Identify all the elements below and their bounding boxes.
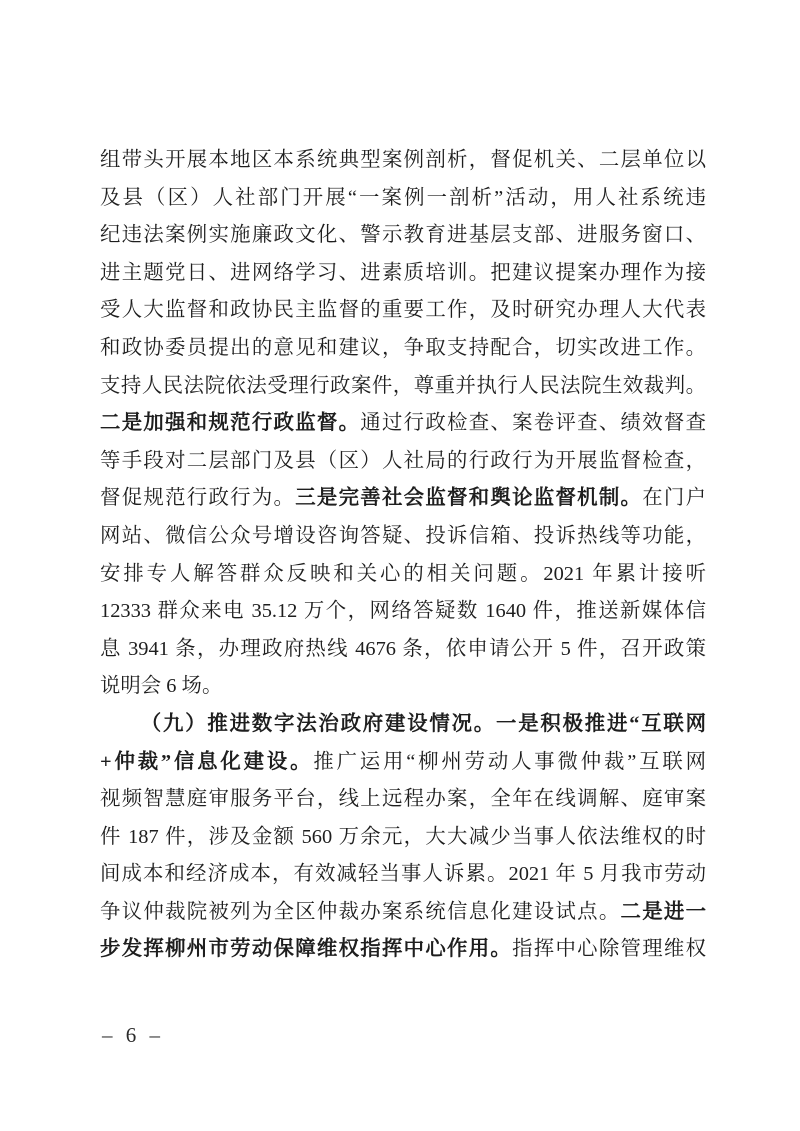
text-line: 二是加强和规范行政监督。通过行政检查、案卷评查、绩效督查	[100, 405, 706, 443]
text-line: 进主题党日、进网络学习、进素质培训。把建议提案办理作为接	[100, 255, 706, 293]
text-line: 及县（区）人社部门开展“一案例一剖析”活动，用人社系统违	[100, 180, 706, 218]
text-line: 和政协委员提出的意见和建议，争取支持配合，切实改进工作。	[100, 330, 706, 368]
text-line: 争议仲裁院被列为全区仲裁办案系统信息化建设试点。二是进一	[100, 894, 706, 932]
text-run: 受人大监督和政协民主监督的重要工作，及时研究办理人大代表	[100, 299, 706, 321]
text-run: 及县（区）人社部门开展“一案例一剖析”活动，用人社系统违	[100, 187, 706, 209]
text-line: 支持人民法院依法受理行政案件，尊重并执行人民法院生效裁判。	[100, 368, 706, 406]
text-run: 视频智慧庭审服务平台，线上远程办案，全年在线调解、庭审案	[100, 788, 706, 810]
text-line: 息 3941 条，办理政府热线 4676 条，依申请公开 5 件，召开政策	[100, 631, 706, 669]
text-run: 和政协委员提出的意见和建议，争取支持配合，切实改进工作。	[100, 337, 706, 359]
text-run: 争议仲裁院被列为全区仲裁办案系统信息化建设试点。	[100, 901, 621, 923]
text-line: 安排专人解答群众反映和关心的相关问题。2021 年累计接听	[100, 556, 706, 594]
text-line: 步发挥柳州市劳动保障维权指挥中心作用。指挥中心除管理维权	[100, 931, 706, 969]
document-body: 组带头开展本地区本系统典型案例剖析，督促机关、二层单位以及县（区）人社部门开展“…	[100, 142, 706, 969]
text-run: 息 3941 条，办理政府热线 4676 条，依申请公开 5 件，召开政策	[100, 638, 706, 660]
text-run-bold: 步发挥柳州市劳动保障维权指挥中心作用。	[100, 938, 512, 960]
text-line: 受人大监督和政协民主监督的重要工作，及时研究办理人大代表	[100, 292, 706, 330]
text-run: 间成本和经济成本，有效减轻当事人诉累。2021 年 5 月我市劳动	[100, 863, 706, 885]
text-run: 支持人民法院依法受理行政案件，尊重并执行人民法院生效裁判。	[100, 375, 706, 397]
document-page: 组带头开展本地区本系统典型案例剖析，督促机关、二层单位以及县（区）人社部门开展“…	[0, 0, 800, 1131]
text-run: 等手段对二层部门及县（区）人社局的行政行为开展监督检查，	[100, 450, 706, 472]
text-line: （九）推进数字法治政府建设情况。一是积极推进“互联网	[100, 706, 706, 744]
text-run: 说明会 6 场。	[100, 675, 222, 697]
text-run: 件 187 件，涉及金额 560 万余元，大大减少当事人依法维权的时	[100, 826, 706, 848]
text-run: 推广运用“柳州劳动人事微仲裁”互联网	[313, 751, 706, 773]
text-line: 等手段对二层部门及县（区）人社局的行政行为开展监督检查，	[100, 443, 706, 481]
text-line: 组带头开展本地区本系统典型案例剖析，督促机关、二层单位以	[100, 142, 706, 180]
text-line: 件 187 件，涉及金额 560 万余元，大大减少当事人依法维权的时	[100, 819, 706, 857]
text-run-bold: 三是完善社会监督和舆论监督机制。	[295, 487, 642, 509]
text-line: 视频智慧庭审服务平台，线上远程办案，全年在线调解、庭审案	[100, 781, 706, 819]
text-run: 指挥中心除管理维权	[512, 938, 706, 960]
text-line: +仲裁”信息化建设。推广运用“柳州劳动人事微仲裁”互联网	[100, 744, 706, 782]
text-line: 督促规范行政行为。三是完善社会监督和舆论监督机制。在门户	[100, 480, 706, 518]
text-line: 说明会 6 场。	[100, 668, 706, 706]
text-run: 进主题党日、进网络学习、进素质培训。把建议提案办理作为接	[100, 262, 706, 284]
text-run: 督促规范行政行为。	[100, 487, 295, 509]
text-run: 12333 群众来电 35.12 万个，网络答疑数 1640 件，推送新媒体信	[100, 600, 706, 622]
text-run: 组带头开展本地区本系统典型案例剖析，督促机关、二层单位以	[100, 149, 706, 171]
text-run-bold: 二是进一	[621, 901, 706, 923]
text-run: 在门户	[642, 487, 706, 509]
text-run-bold: 二是加强和规范行政监督。	[100, 412, 360, 434]
text-run: 网站、微信公众号增设咨询答疑、投诉信箱、投诉热线等功能，	[100, 525, 706, 547]
text-run: 安排专人解答群众反映和关心的相关问题。2021 年累计接听	[100, 563, 706, 585]
text-line: 间成本和经济成本，有效减轻当事人诉累。2021 年 5 月我市劳动	[100, 856, 706, 894]
text-line: 网站、微信公众号增设咨询答疑、投诉信箱、投诉热线等功能，	[100, 518, 706, 556]
text-run: 通过行政检查、案卷评查、绩效督查	[360, 412, 706, 434]
page-number: – 6 –	[102, 1023, 163, 1048]
text-run-bold: +仲裁”信息化建设。	[100, 751, 313, 773]
text-line: 纪违法案例实施廉政文化、警示教育进基层支部、进服务窗口、	[100, 217, 706, 255]
text-run-bold: （九）推进数字法治政府建设情况。一是积极推进“互联网	[141, 713, 706, 735]
text-line: 12333 群众来电 35.12 万个，网络答疑数 1640 件，推送新媒体信	[100, 593, 706, 631]
text-run: 纪违法案例实施廉政文化、警示教育进基层支部、进服务窗口、	[100, 224, 706, 246]
